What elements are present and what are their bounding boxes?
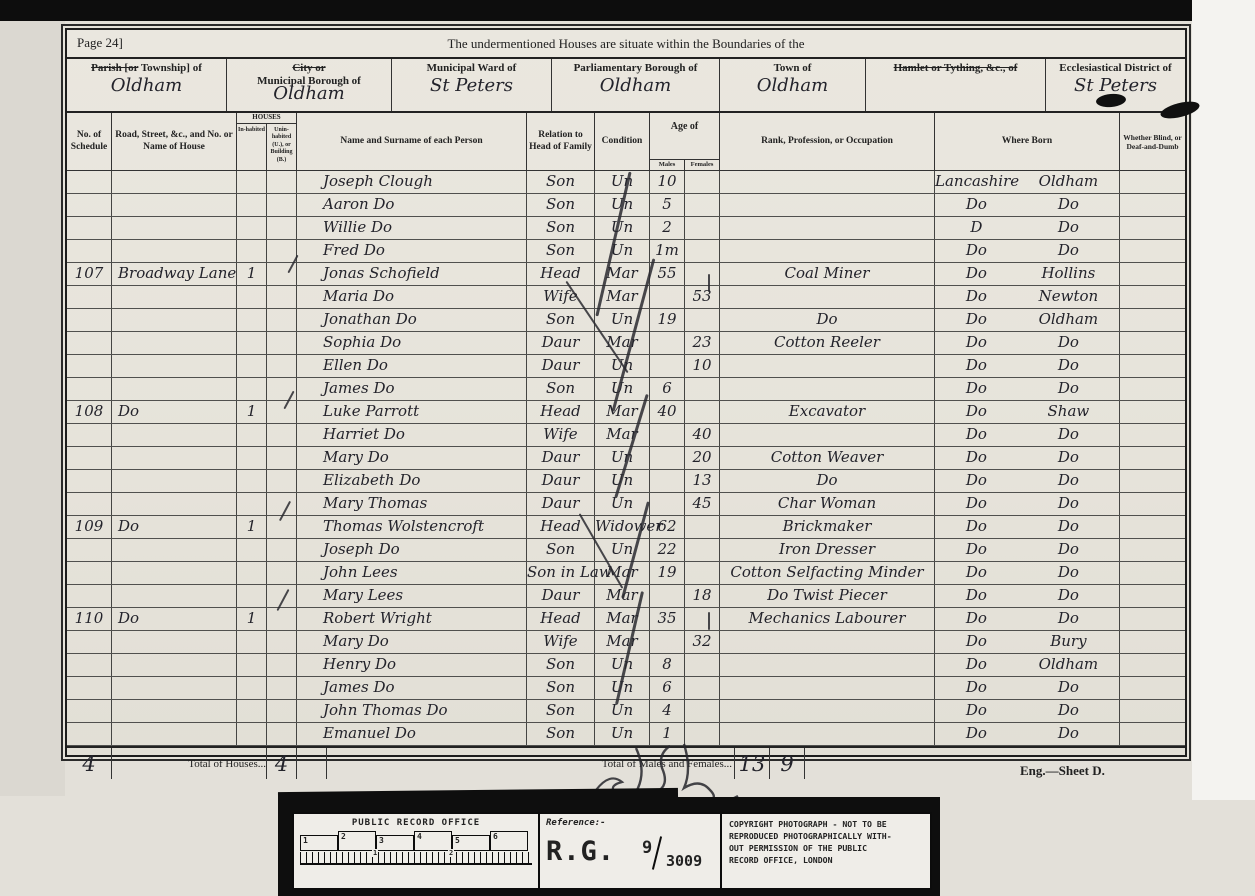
- cell-age_m: [650, 585, 685, 607]
- totals-margin-value: 4: [67, 748, 112, 779]
- cell-uninhabited: [267, 171, 297, 193]
- cell-age_f: 20: [685, 447, 720, 469]
- stamp-copyright-section: COPYRIGHT PHOTOGRAPH - NOT TO BEREPRODUC…: [722, 814, 930, 888]
- cell-relation: Daur: [527, 470, 595, 492]
- cell-occupation: Coal Miner: [720, 263, 935, 285]
- cell-name: Ellen Do: [297, 355, 527, 377]
- cell-schedule: [67, 217, 112, 239]
- cell-road: [112, 447, 237, 469]
- cell-relation: Son: [527, 309, 595, 331]
- cell-age_f: [685, 700, 720, 722]
- cell-road: [112, 723, 237, 745]
- cell-infirmity: [1120, 516, 1185, 538]
- cell-age_f: 23: [685, 332, 720, 354]
- cell-inhabited: [237, 700, 267, 722]
- cell-inhabited: 1: [237, 263, 267, 285]
- cell-born: DoNewton: [935, 286, 1120, 308]
- census-scan-page: { "page": { "page_label": "Page 24]", "c…: [0, 0, 1255, 896]
- table-row: John Thomas DoSonUn4DoDo: [67, 700, 1185, 723]
- cell-age_f: 45: [685, 493, 720, 515]
- cell-occupation: [720, 378, 935, 400]
- born-county: Do: [935, 723, 1018, 745]
- table-row: Mary DoWifeMar32DoBury: [67, 631, 1185, 654]
- table-row: Sophia DoDaurMar23Cotton ReelerDoDo: [67, 332, 1185, 355]
- cell-condition: Un: [595, 217, 650, 239]
- cell-age_f: [685, 263, 720, 285]
- born-county: Do: [935, 332, 1018, 354]
- cell-occupation: [720, 171, 935, 193]
- born-county: Do: [935, 263, 1018, 285]
- cell-uninhabited: [267, 654, 297, 676]
- cell-schedule: 107: [67, 263, 112, 285]
- cell-schedule: [67, 723, 112, 745]
- scan-margin-left: [0, 21, 65, 796]
- table-row: 108Do1Luke ParrottHeadMar40ExcavatorDoSh…: [67, 401, 1185, 424]
- form-caption-row: Page 24] The undermentioned Houses are s…: [67, 30, 1185, 57]
- table-row: Elizabeth DoDaurUn13DoDoDo: [67, 470, 1185, 493]
- cell-born: DoDo: [935, 585, 1120, 607]
- cell-road: [112, 171, 237, 193]
- cell-name: Sophia Do: [297, 332, 527, 354]
- cell-relation: Daur: [527, 585, 595, 607]
- cell-born: DoDo: [935, 493, 1120, 515]
- cell-age_f: 32: [685, 631, 720, 653]
- cell-occupation: [720, 194, 935, 216]
- born-place: Oldham: [1018, 171, 1119, 193]
- born-place: Do: [1018, 378, 1119, 400]
- born-place: Shaw: [1018, 401, 1119, 423]
- born-place: Bury: [1018, 631, 1119, 653]
- cell-relation: Son: [527, 539, 595, 561]
- column-header-occupation: Rank, Profession, or Occupation: [720, 113, 935, 170]
- column-header-age: Age of Males Females: [650, 113, 720, 170]
- born-county: Do: [935, 309, 1018, 331]
- cell-inhabited: [237, 631, 267, 653]
- reference-piece-number: 3009: [666, 852, 702, 870]
- reference-label: Reference:-: [546, 818, 606, 828]
- born-county: Do: [935, 470, 1018, 492]
- cell-age_f: [685, 608, 720, 630]
- table-row: Mary ThomasDaurUn45Char WomanDoDo: [67, 493, 1185, 516]
- total-houses-value: 4: [267, 748, 297, 779]
- cell-inhabited: [237, 286, 267, 308]
- cell-age_f: [685, 171, 720, 193]
- cell-infirmity: [1120, 539, 1185, 561]
- born-place: Do: [1018, 723, 1119, 745]
- cell-name: Joseph Do: [297, 539, 527, 561]
- cell-inhabited: [237, 493, 267, 515]
- cell-occupation: Excavator: [720, 401, 935, 423]
- cell-age_m: 5: [650, 194, 685, 216]
- born-county: Do: [935, 654, 1018, 676]
- cell-relation: Son: [527, 378, 595, 400]
- cell-name: Henry Do: [297, 654, 527, 676]
- cell-schedule: 109: [67, 516, 112, 538]
- houses-title: HOUSES: [237, 113, 296, 124]
- cell-born: DoShaw: [935, 401, 1120, 423]
- district-municipal-ward: Municipal Ward of St Peters: [392, 59, 552, 111]
- column-header-females: Females: [685, 160, 719, 170]
- cell-relation: Son: [527, 700, 595, 722]
- cell-infirmity: [1120, 194, 1185, 216]
- born-county: D: [935, 217, 1018, 239]
- column-header-born: Where Born: [935, 113, 1120, 170]
- cell-relation: Daur: [527, 332, 595, 354]
- cell-road: [112, 562, 237, 584]
- cell-age_m: 4: [650, 700, 685, 722]
- cell-born: DoDo: [935, 700, 1120, 722]
- cell-age_m: 19: [650, 309, 685, 331]
- cell-infirmity: [1120, 700, 1185, 722]
- copyright-line: OUT PERMISSION OF THE PUBLIC: [729, 843, 926, 855]
- cell-born: DoDo: [935, 608, 1120, 630]
- district-value: Oldham: [227, 83, 391, 104]
- cell-age_f: [685, 309, 720, 331]
- cell-uninhabited: [267, 516, 297, 538]
- cell-age_f: [685, 378, 720, 400]
- cell-occupation: Cotton Reeler: [720, 332, 935, 354]
- cell-uninhabited: [267, 401, 297, 423]
- cell-age_m: [650, 286, 685, 308]
- table-row: Jonathan DoSonUn19DoDoOldham: [67, 309, 1185, 332]
- cell-uninhabited: [267, 194, 297, 216]
- cell-age_f: [685, 401, 720, 423]
- table-row: James DoSonUn6DoDo: [67, 378, 1185, 401]
- cell-name: Aaron Do: [297, 194, 527, 216]
- cell-infirmity: [1120, 217, 1185, 239]
- struck-text: City or: [292, 62, 325, 74]
- cell-infirmity: [1120, 378, 1185, 400]
- cell-born: DDo: [935, 217, 1120, 239]
- district-value: St Peters: [1046, 75, 1185, 96]
- cell-inhabited: 1: [237, 516, 267, 538]
- cell-road: [112, 585, 237, 607]
- scale-box: 1: [300, 835, 338, 851]
- table-row: James DoSonUn6DoDo: [67, 677, 1185, 700]
- cell-road: [112, 332, 237, 354]
- cell-born: DoDo: [935, 355, 1120, 377]
- stamp-tick-ruler: 1 2: [300, 852, 532, 865]
- born-county: Do: [935, 562, 1018, 584]
- born-place: Do: [1018, 217, 1119, 239]
- sheet-designation-label: Eng.—Sheet D.: [1020, 763, 1105, 779]
- copyright-line: COPYRIGHT PHOTOGRAPH - NOT TO BE: [729, 819, 926, 831]
- born-county: Do: [935, 194, 1018, 216]
- cell-age_m: 35: [650, 608, 685, 630]
- age-title: Age of: [650, 113, 719, 159]
- cell-schedule: [67, 171, 112, 193]
- reference-series-number: 9: [642, 838, 652, 858]
- cell-infirmity: [1120, 171, 1185, 193]
- cell-inhabited: [237, 654, 267, 676]
- scale-box: 3: [376, 835, 414, 851]
- cell-infirmity: [1120, 240, 1185, 262]
- district-label: Township] of: [138, 62, 202, 74]
- cell-road: [112, 700, 237, 722]
- cell-schedule: [67, 493, 112, 515]
- scan-margin-right: [1192, 0, 1255, 800]
- cell-born: DoDo: [935, 723, 1120, 745]
- tick-number: 1: [372, 849, 378, 857]
- district-label: Municipal Ward of: [392, 62, 551, 75]
- cell-born: DoDo: [935, 424, 1120, 446]
- column-header-row: No. ofSchedule Road, Street, &c., and No…: [67, 113, 1185, 171]
- cell-occupation: Brickmaker: [720, 516, 935, 538]
- cell-relation: Son: [527, 194, 595, 216]
- cell-schedule: [67, 332, 112, 354]
- cell-schedule: 108: [67, 401, 112, 423]
- cell-road: [112, 654, 237, 676]
- born-county: Do: [935, 677, 1018, 699]
- born-place: Do: [1018, 585, 1119, 607]
- district-label: Ecclesiastical District of: [1046, 62, 1185, 75]
- cell-infirmity: [1120, 332, 1185, 354]
- cell-road: Do: [112, 516, 237, 538]
- cell-age_f: [685, 677, 720, 699]
- cell-name: Mary Thomas: [297, 493, 527, 515]
- born-place: Do: [1018, 562, 1119, 584]
- census-form: Page 24] The undermentioned Houses are s…: [65, 28, 1187, 757]
- cell-inhabited: [237, 470, 267, 492]
- cell-inhabited: [237, 562, 267, 584]
- cell-inhabited: [237, 447, 267, 469]
- cell-occupation: Iron Dresser: [720, 539, 935, 561]
- cell-age_m: 22: [650, 539, 685, 561]
- cell-road: Do: [112, 608, 237, 630]
- cell-road: Broadway Lane: [112, 263, 237, 285]
- cell-age_m: 8: [650, 654, 685, 676]
- cell-name: James Do: [297, 677, 527, 699]
- cell-name: Mary Do: [297, 447, 527, 469]
- cell-age_f: 18: [685, 585, 720, 607]
- cell-occupation: Cotton Weaver: [720, 447, 935, 469]
- born-place: Do: [1018, 240, 1119, 262]
- cell-age_f: [685, 240, 720, 262]
- cell-infirmity: [1120, 677, 1185, 699]
- column-header-infirmity: Whether Blind, or Deaf-and-Dumb: [1120, 113, 1185, 170]
- cell-relation: Head: [527, 401, 595, 423]
- cell-infirmity: [1120, 447, 1185, 469]
- cell-age_f: [685, 562, 720, 584]
- column-header-road: Road, Street, &c., and No. or Name of Ho…: [112, 113, 237, 170]
- cell-occupation: [720, 355, 935, 377]
- cell-name: Harriet Do: [297, 424, 527, 446]
- cell-relation: Son: [527, 171, 595, 193]
- column-header-males: Males: [650, 160, 685, 170]
- cell-relation: Son: [527, 677, 595, 699]
- cell-condition: Un: [595, 171, 650, 193]
- cell-age_m: 1m: [650, 240, 685, 262]
- cell-born: DoDo: [935, 470, 1120, 492]
- cell-inhabited: [237, 585, 267, 607]
- born-county: Do: [935, 378, 1018, 400]
- district-value: St Peters: [392, 75, 551, 96]
- cell-name: Joseph Clough: [297, 171, 527, 193]
- cell-road: Do: [112, 401, 237, 423]
- cell-infirmity: [1120, 355, 1185, 377]
- copyright-line: REPRODUCED PHOTOGRAPHICALLY WITH-: [729, 831, 926, 843]
- column-header-condition: Condition: [595, 113, 650, 170]
- district-town: Town of Oldham: [720, 59, 866, 111]
- stamp-scale: 123456: [300, 831, 532, 851]
- cell-infirmity: [1120, 401, 1185, 423]
- scale-box: 2: [338, 831, 376, 851]
- born-county: Do: [935, 631, 1018, 653]
- cell-infirmity: [1120, 263, 1185, 285]
- reference-class: R.G.: [546, 836, 615, 867]
- cell-schedule: [67, 447, 112, 469]
- cell-age_m: [650, 355, 685, 377]
- cell-occupation: Cotton Selfacting Minder: [720, 562, 935, 584]
- cell-infirmity: [1120, 309, 1185, 331]
- cell-name: Luke Parrott: [297, 401, 527, 423]
- cell-condition: Un: [595, 240, 650, 262]
- cell-age_m: 19: [650, 562, 685, 584]
- cell-born: DoDo: [935, 562, 1120, 584]
- cell-occupation: Mechanics Labourer: [720, 608, 935, 630]
- cell-occupation: Do: [720, 309, 935, 331]
- cell-born: LancashireOldham: [935, 171, 1120, 193]
- born-place: Oldham: [1018, 654, 1119, 676]
- cell-age_m: 6: [650, 378, 685, 400]
- cell-relation: Son: [527, 240, 595, 262]
- cell-name: Elizabeth Do: [297, 470, 527, 492]
- cell-age_m: [650, 470, 685, 492]
- cell-road: [112, 539, 237, 561]
- cell-occupation: [720, 424, 935, 446]
- cell-born: DoDo: [935, 194, 1120, 216]
- cell-road: [112, 194, 237, 216]
- district-value: Oldham: [552, 75, 719, 96]
- cell-age_m: 2: [650, 217, 685, 239]
- cell-relation: Wife: [527, 286, 595, 308]
- cell-age_f: 53: [685, 286, 720, 308]
- cell-name: Emanuel Do: [297, 723, 527, 745]
- cell-infirmity: [1120, 493, 1185, 515]
- cell-occupation: Do: [720, 470, 935, 492]
- born-county: Do: [935, 286, 1018, 308]
- cell-road: [112, 470, 237, 492]
- cell-schedule: [67, 700, 112, 722]
- cell-infirmity: [1120, 631, 1185, 653]
- column-header-relation: Relation to Head of Family: [527, 113, 595, 170]
- cell-age_m: 40: [650, 401, 685, 423]
- cell-relation: Wife: [527, 424, 595, 446]
- cell-infirmity: [1120, 723, 1185, 745]
- cell-condition: Un: [595, 700, 650, 722]
- column-header-name: Name and Surname of each Person: [297, 113, 527, 170]
- stamp-office-title: PUBLIC RECORD OFFICE: [300, 818, 532, 828]
- cell-born: DoDo: [935, 332, 1120, 354]
- born-county: Do: [935, 608, 1018, 630]
- cell-name: Fred Do: [297, 240, 527, 262]
- cell-inhabited: [237, 309, 267, 331]
- cell-relation: Head: [527, 263, 595, 285]
- cell-schedule: [67, 424, 112, 446]
- stamp-scale-section: PUBLIC RECORD OFFICE 123456 1 2: [294, 814, 540, 888]
- born-place: Do: [1018, 493, 1119, 515]
- cell-inhabited: 1: [237, 608, 267, 630]
- cell-condition: Un: [595, 493, 650, 515]
- cell-uninhabited: [267, 355, 297, 377]
- cell-uninhabited: [267, 332, 297, 354]
- page-number-label: Page 24]: [77, 35, 123, 51]
- born-place: Do: [1018, 608, 1119, 630]
- cell-relation: Daur: [527, 447, 595, 469]
- table-row: Fred DoSonUn1mDoDo: [67, 240, 1185, 263]
- born-place: Do: [1018, 700, 1119, 722]
- cell-inhabited: [237, 355, 267, 377]
- cell-inhabited: [237, 424, 267, 446]
- cell-age_m: [650, 424, 685, 446]
- cell-uninhabited: [267, 447, 297, 469]
- table-row: Harriet DoWifeMar40DoDo: [67, 424, 1185, 447]
- cell-inhabited: [237, 539, 267, 561]
- born-place: Do: [1018, 332, 1119, 354]
- table-row: Aaron DoSonUn5DoDo: [67, 194, 1185, 217]
- cell-relation: Daur: [527, 493, 595, 515]
- cell-infirmity: [1120, 424, 1185, 446]
- table-row: 107Broadway Lane1Jonas SchofieldHeadMar5…: [67, 263, 1185, 286]
- cell-road: [112, 286, 237, 308]
- cell-uninhabited: [267, 608, 297, 630]
- born-place: Oldham: [1018, 309, 1119, 331]
- cell-occupation: [720, 654, 935, 676]
- cell-born: DoDo: [935, 677, 1120, 699]
- cell-age_f: 13: [685, 470, 720, 492]
- cell-uninhabited: [267, 240, 297, 262]
- cell-uninhabited: [267, 677, 297, 699]
- cell-condition: Mar: [595, 562, 650, 584]
- cell-born: DoDo: [935, 240, 1120, 262]
- cell-born: DoBury: [935, 631, 1120, 653]
- table-row: Joseph DoSonUn22Iron DresserDoDo: [67, 539, 1185, 562]
- cell-condition: Mar: [595, 631, 650, 653]
- table-row: Willie DoSonUn2DDo: [67, 217, 1185, 240]
- cell-born: DoDo: [935, 516, 1120, 538]
- cell-relation: Son: [527, 723, 595, 745]
- cell-inhabited: [237, 171, 267, 193]
- cell-name: Mary Do: [297, 631, 527, 653]
- cell-name: John Thomas Do: [297, 700, 527, 722]
- district-parliamentary-borough: Parliamentary Borough of Oldham: [552, 59, 720, 111]
- born-county: Lancashire: [935, 171, 1018, 193]
- cell-schedule: [67, 309, 112, 331]
- struck-text: Hamlet or Tything, &c., of: [894, 62, 1018, 74]
- cell-age_m: 62: [650, 516, 685, 538]
- cell-schedule: [67, 677, 112, 699]
- cell-schedule: [67, 631, 112, 653]
- scale-box: 4: [414, 831, 452, 851]
- cell-uninhabited: [267, 700, 297, 722]
- cell-age_f: [685, 654, 720, 676]
- enumerator-tick-mark: [708, 612, 710, 630]
- cell-born: DoHollins: [935, 263, 1120, 285]
- born-county: Do: [935, 401, 1018, 423]
- cell-occupation: Char Woman: [720, 493, 935, 515]
- total-houses-label: Total of Houses...: [112, 748, 267, 779]
- cell-occupation: Do Twist Piecer: [720, 585, 935, 607]
- cell-relation: Son: [527, 654, 595, 676]
- scan-black-edge-top: [0, 0, 1212, 21]
- cell-name: Thomas Wolstencroft: [297, 516, 527, 538]
- born-county: Do: [935, 447, 1018, 469]
- cell-schedule: [67, 286, 112, 308]
- cell-born: DoOldham: [935, 309, 1120, 331]
- cell-age_f: [685, 194, 720, 216]
- cell-infirmity: [1120, 608, 1185, 630]
- totals-empty-cell: [297, 748, 327, 779]
